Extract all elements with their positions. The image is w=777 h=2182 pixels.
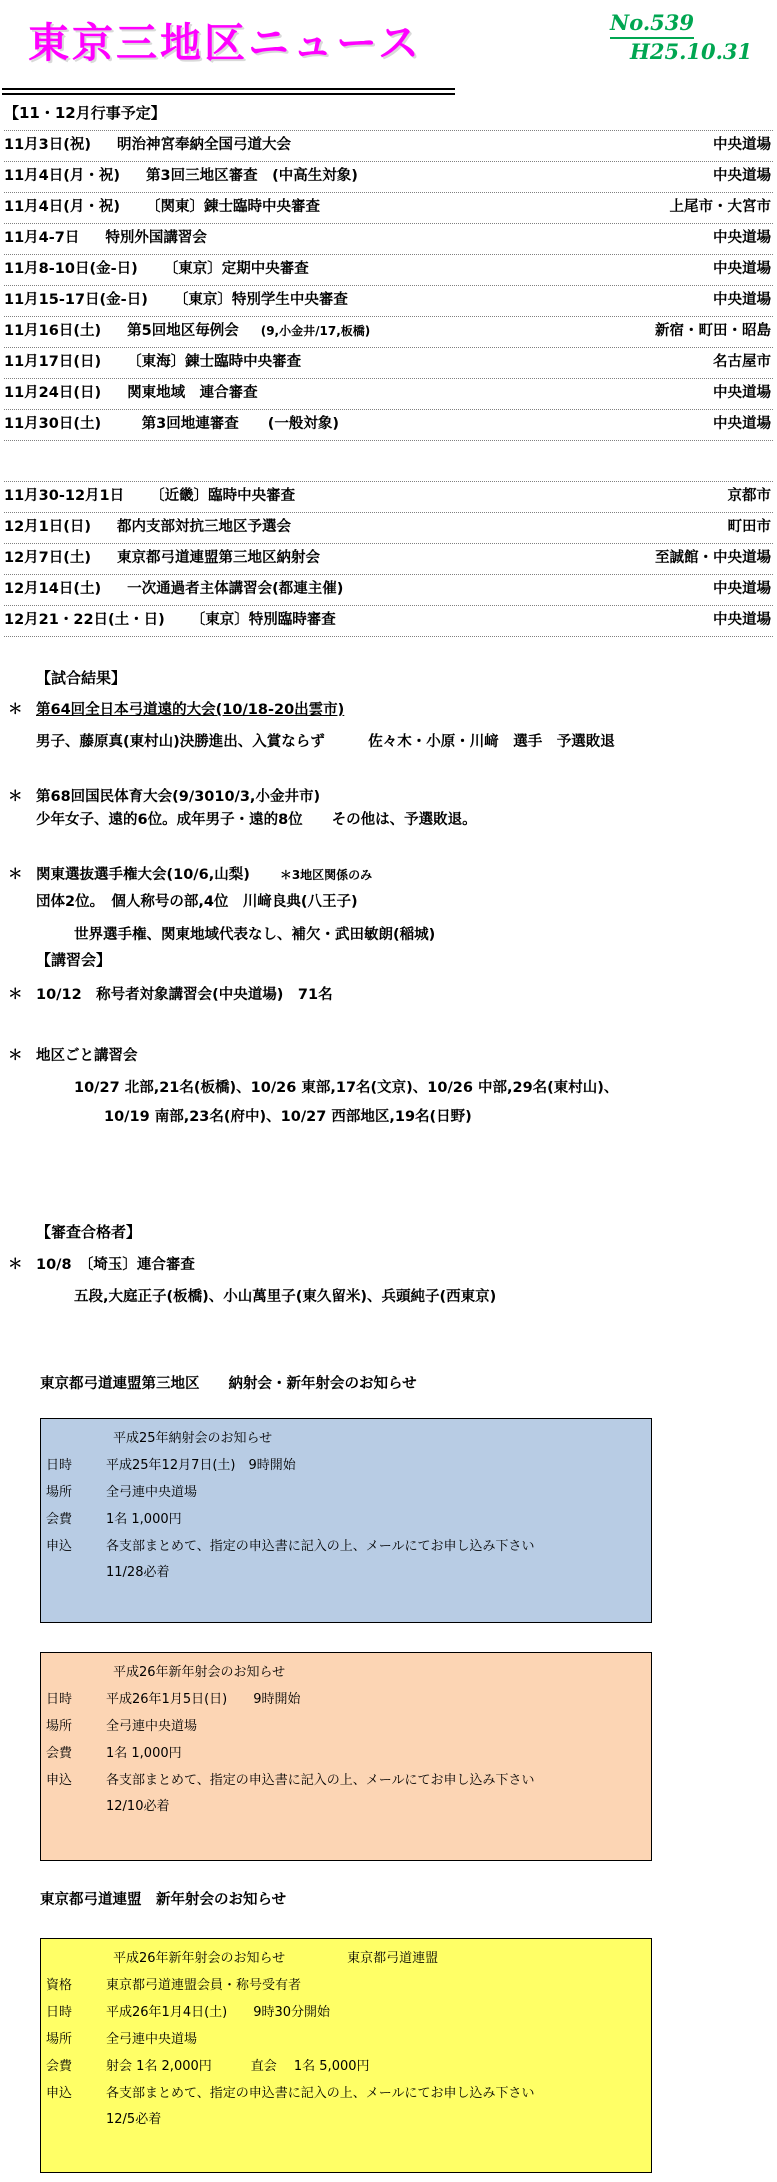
event-name: 一次通過者主体講習会(都連主催)	[127, 580, 343, 599]
event-date: 11月8-10日(金-日)	[4, 260, 138, 279]
event-name: 関東地域 連合審査	[127, 384, 258, 403]
schedule-row: 11月30-12月1日〔近畿〕臨時中央審査京都市	[4, 482, 773, 513]
result-detail: 世界選手権、関東地域代表なし、補欠・武田敏朗(稲城)	[74, 925, 773, 945]
label-datetime: 日時	[46, 2003, 106, 2022]
issue-number: No.539	[610, 10, 694, 39]
event-venue: 中央道場	[713, 384, 771, 403]
notice-row: 日時平成26年1月5日(日) 9時開始	[41, 1690, 651, 1709]
event-name: 特別外国講習会	[105, 229, 207, 248]
bullet-asterisk: ＊	[8, 1255, 36, 1275]
notice-row: 日時平成25年12月7日(土) 9時開始	[41, 1456, 651, 1475]
notice-row: 申込各支部まとめて、指定の申込書に記入の上、メールにてお申し込み下さい	[41, 1771, 651, 1790]
event-date: 11月17日(日)	[4, 353, 101, 372]
schedule-row: 11月4-7日特別外国講習会中央道場	[4, 224, 773, 255]
passer-item: ＊ 10/8 〔埼玉〕連合審査	[8, 1255, 773, 1275]
schedule-row: 11月30日(土) 第3回地連審査 (一般対象)中央道場	[4, 410, 773, 441]
event-date: 11月4日(月・祝)	[4, 167, 120, 186]
event-date: 11月30-12月1日	[4, 487, 124, 506]
event-name: 〔東京〕定期中央審査	[164, 260, 309, 279]
issue-block: No.539 H25.10.31	[610, 10, 770, 65]
result-detail: 少年女子、遠的6位。成年男子・遠的8位 その他は、予選敗退。	[36, 810, 773, 830]
event-venue: 中央道場	[713, 260, 771, 279]
notice-title: 平成26年新年射会のお知らせ	[113, 1663, 651, 1682]
result-detail: 団体2位。 個人称号の部,4位 川﨑良典(八王子)	[36, 892, 773, 912]
lecture-item: ＊ 地区ごと講習会	[8, 1046, 773, 1066]
notice-row: 申込各支部まとめて、指定の申込書に記入の上、メールにてお申し込み下さい	[41, 1537, 651, 1556]
schedule-row: 11月3日(祝)明治神宮奉納全国弓道大会中央道場	[4, 131, 773, 162]
event-name: 〔関東〕錬士臨時中央審査	[146, 198, 320, 217]
event-date: 12月14日(土)	[4, 580, 101, 599]
event-venue: 中央道場	[713, 291, 771, 310]
result-item: ＊ 第64回全日本弓道遠的大会(10/18-20出雲市)	[8, 700, 773, 720]
event-name: 明治神宮奉納全国弓道大会	[117, 136, 291, 155]
issue-date: H25.10.31	[630, 39, 770, 65]
schedule-row: 11月4日(月・祝)〔関東〕錬士臨時中央審査上尾市・大宮市	[4, 193, 773, 224]
value-apply: 各支部まとめて、指定の申込書に記入の上、メールにてお申し込み下さい	[106, 1537, 651, 1556]
label-fee: 会費	[46, 1510, 106, 1529]
lecture-detail: 10/27 北部,21名(板橋)、10/26 東部,17名(文京)、10/26 …	[74, 1078, 773, 1098]
event-name: 〔東京〕特別臨時審査	[191, 611, 336, 630]
newsletter-title: 東京三地区ニュース	[28, 10, 422, 69]
notice-row: 会費射会 1名 2,000円 直会 1名 5,000円	[41, 2057, 651, 2076]
label-apply: 申込	[46, 2084, 106, 2103]
event-venue: 中央道場	[713, 229, 771, 248]
value-datetime: 平成26年1月5日(日) 9時開始	[106, 1690, 651, 1709]
announcement-heading-federation: 東京都弓道連盟 新年射会のお知らせ	[40, 1888, 286, 1909]
bullet-asterisk: ＊	[8, 865, 36, 885]
label-qualification: 資格	[46, 1976, 106, 1995]
title-double-rule	[2, 88, 455, 95]
apply-deadline: 12/5必着	[106, 2110, 651, 2129]
schedule-row: 12月7日(土)東京都弓道連盟第三地区納射会至誠館・中央道場	[4, 544, 773, 575]
notice-row: 会費1名 1,000円	[41, 1744, 651, 1763]
event-name: 第3回地連審査 (一般対象)	[127, 415, 339, 434]
label-datetime: 日時	[46, 1690, 106, 1709]
event-venue: 中央道場	[713, 415, 771, 434]
apply-deadline: 11/28必着	[106, 1563, 651, 1582]
lecture-detail: 10/19 南部,23名(府中)、10/27 西部地区,19名(日野)	[104, 1107, 773, 1127]
value-fee: 1名 1,000円	[106, 1744, 651, 1763]
apply-deadline: 12/10必着	[106, 1797, 651, 1816]
passer-title: 10/8 〔埼玉〕連合審査	[36, 1255, 195, 1275]
event-name: 第5回地区毎例会	[127, 322, 239, 341]
schedule-row: 12月1日(日)都内支部対抗三地区予選会町田市	[4, 513, 773, 544]
lecture-title: 地区ごと講習会	[36, 1046, 138, 1066]
value-datetime: 平成26年1月4日(土) 9時30分開始	[106, 2003, 651, 2022]
schedule-row: 11月4日(月・祝)第3回三地区審査 (中高生対象)中央道場	[4, 162, 773, 193]
label-place: 場所	[46, 1483, 106, 1502]
event-name: 〔近畿〕臨時中央審査	[150, 487, 295, 506]
value-datetime: 平成25年12月7日(土) 9時開始	[106, 1456, 651, 1475]
notice-box-shinnen-district: 平成26年新年射会のお知らせ 日時平成26年1月5日(日) 9時開始 場所全弓連…	[40, 1652, 652, 1861]
schedule-row: 11月17日(日)〔東海〕錬士臨時中央審査名古屋市	[4, 348, 773, 379]
event-date: 11月4日(月・祝)	[4, 198, 120, 217]
label-fee: 会費	[46, 1744, 106, 1763]
event-venue: 中央道場	[713, 611, 771, 630]
schedule-row: 11月16日(土)第5回地区毎例会(9,小金井/17,板橋)新宿・町田・昭島	[4, 317, 773, 348]
label-fee: 会費	[46, 2057, 106, 2076]
event-date: 12月7日(土)	[4, 549, 91, 568]
schedule-row: 11月24日(日)関東地域 連合審査中央道場	[4, 379, 773, 410]
schedule-row-blank	[4, 441, 773, 482]
event-note: (9,小金井/17,板橋)	[261, 322, 371, 341]
event-venue: 中央道場	[713, 580, 771, 599]
result-item: ＊ 第68回国民体育大会(9/3010/3,小金井市)	[8, 787, 773, 807]
notice-row: 申込各支部まとめて、指定の申込書に記入の上、メールにてお申し込み下さい	[41, 2084, 651, 2103]
notice-title: 平成26年新年射会のお知らせ東京都弓道連盟	[113, 1949, 651, 1968]
results-heading: 【試合結果】	[36, 668, 773, 688]
notice-box-nousha: 平成25年納射会のお知らせ 日時平成25年12月7日(土) 9時開始 場所全弓連…	[40, 1418, 652, 1623]
event-venue: 上尾市・大宮市	[670, 198, 772, 217]
passers-heading: 【審査合格者】	[36, 1222, 773, 1242]
value-place: 全弓連中央道場	[106, 1717, 651, 1736]
value-apply: 各支部まとめて、指定の申込書に記入の上、メールにてお申し込み下さい	[106, 1771, 651, 1790]
event-name: 都内支部対抗三地区予選会	[117, 518, 291, 537]
result-title: 第68回国民体育大会(9/3010/3,小金井市)	[36, 787, 320, 807]
event-venue: 町田市	[728, 518, 772, 537]
lecture-title: 10/12 称号者対象講習会(中央道場) 71名	[36, 985, 333, 1005]
event-date: 11月15-17日(金-日)	[4, 291, 148, 310]
value-apply: 各支部まとめて、指定の申込書に記入の上、メールにてお申し込み下さい	[106, 2084, 651, 2103]
schedule-row: 11月8-10日(金-日)〔東京〕定期中央審査中央道場	[4, 255, 773, 286]
schedule-table: 11月3日(祝)明治神宮奉納全国弓道大会中央道場 11月4日(月・祝)第3回三地…	[4, 130, 773, 637]
notice-row: 場所全弓連中央道場	[41, 2030, 651, 2049]
body-sections: 【試合結果】 ＊ 第64回全日本弓道遠的大会(10/18-20出雲市) 男子、藤…	[8, 645, 773, 1307]
notice-org: 東京都弓道連盟	[347, 1951, 438, 1966]
label-place: 場所	[46, 2030, 106, 2049]
value-fee: 1名 1,000円	[106, 1510, 651, 1529]
result-item: ＊ 関東選抜選手権大会(10/6,山梨) ＊3地区関係のみ	[8, 865, 773, 885]
newsletter-page: 東京三地区ニュース No.539 H25.10.31 【11・12月行事予定】 …	[0, 0, 777, 2182]
label-apply: 申込	[46, 1537, 106, 1556]
event-name: 第3回三地区審査 (中高生対象)	[146, 167, 358, 186]
passer-detail: 五段,大庭正子(板橋)、小山萬里子(東久留米)、兵頭純子(西東京)	[74, 1287, 773, 1307]
schedule-row: 11月15-17日(金-日)〔東京〕特別学生中央審査中央道場	[4, 286, 773, 317]
event-venue: 中央道場	[713, 136, 771, 155]
notice-title: 平成25年納射会のお知らせ	[113, 1429, 651, 1448]
result-title: 第64回全日本弓道遠的大会(10/18-20出雲市)	[36, 700, 344, 720]
bullet-asterisk: ＊	[8, 985, 36, 1005]
announcement-heading-district: 東京都弓道連盟第三地区 納射会・新年射会のお知らせ	[40, 1372, 417, 1393]
notice-row: 場所全弓連中央道場	[41, 1717, 651, 1736]
event-name: 〔東京〕特別学生中央審査	[174, 291, 348, 310]
notice-row: 日時平成26年1月4日(土) 9時30分開始	[41, 2003, 651, 2022]
event-date: 11月3日(祝)	[4, 136, 91, 155]
value-place: 全弓連中央道場	[106, 2030, 651, 2049]
event-name: 〔東海〕錬士臨時中央審査	[127, 353, 301, 372]
event-date: 11月4-7日	[4, 229, 79, 248]
event-date: 11月16日(土)	[4, 322, 101, 341]
event-date: 11月30日(土)	[4, 415, 101, 434]
event-venue: 京都市	[728, 487, 772, 506]
notice-row: 資格東京都弓道連盟会員・称号受有者	[41, 1976, 651, 1995]
result-note: ＊3地区関係のみ	[280, 865, 372, 885]
lectures-heading: 【講習会】	[36, 950, 773, 970]
value-place: 全弓連中央道場	[106, 1483, 651, 1502]
notice-row: 会費1名 1,000円	[41, 1510, 651, 1529]
value-qualification: 東京都弓道連盟会員・称号受有者	[106, 1976, 651, 1995]
schedule-row: 12月14日(土)一次通過者主体講習会(都連主催)中央道場	[4, 575, 773, 606]
value-fee: 射会 1名 2,000円 直会 1名 5,000円	[106, 2057, 651, 2076]
schedule-row: 12月21・22日(土・日)〔東京〕特別臨時審査中央道場	[4, 606, 773, 637]
label-place: 場所	[46, 1717, 106, 1736]
event-date: 11月24日(日)	[4, 384, 101, 403]
event-name: 東京都弓道連盟第三地区納射会	[117, 549, 320, 568]
notice-title-text: 平成26年新年射会のお知らせ	[113, 1951, 285, 1966]
result-title: 関東選抜選手権大会(10/6,山梨)	[36, 865, 250, 885]
event-date: 12月21・22日(土・日)	[4, 611, 165, 630]
schedule-heading: 【11・12月行事予定】	[4, 102, 166, 123]
bullet-asterisk: ＊	[8, 787, 36, 807]
event-venue: 名古屋市	[713, 353, 771, 372]
bullet-asterisk: ＊	[8, 700, 36, 720]
label-apply: 申込	[46, 1771, 106, 1790]
label-datetime: 日時	[46, 1456, 106, 1475]
event-venue: 至誠館・中央道場	[655, 549, 771, 568]
bullet-asterisk: ＊	[8, 1046, 36, 1066]
notice-box-shinnen-federation: 平成26年新年射会のお知らせ東京都弓道連盟 資格東京都弓道連盟会員・称号受有者 …	[40, 1938, 652, 2173]
notice-row: 場所全弓連中央道場	[41, 1483, 651, 1502]
lecture-item: ＊ 10/12 称号者対象講習会(中央道場) 71名	[8, 985, 773, 1005]
event-date: 12月1日(日)	[4, 518, 91, 537]
event-venue: 中央道場	[713, 167, 771, 186]
result-detail: 男子、藤原真(東村山)決勝進出、入賞ならず 佐々木・小原・川﨑 選手 予選敗退	[36, 732, 773, 752]
event-venue: 新宿・町田・昭島	[655, 322, 771, 341]
